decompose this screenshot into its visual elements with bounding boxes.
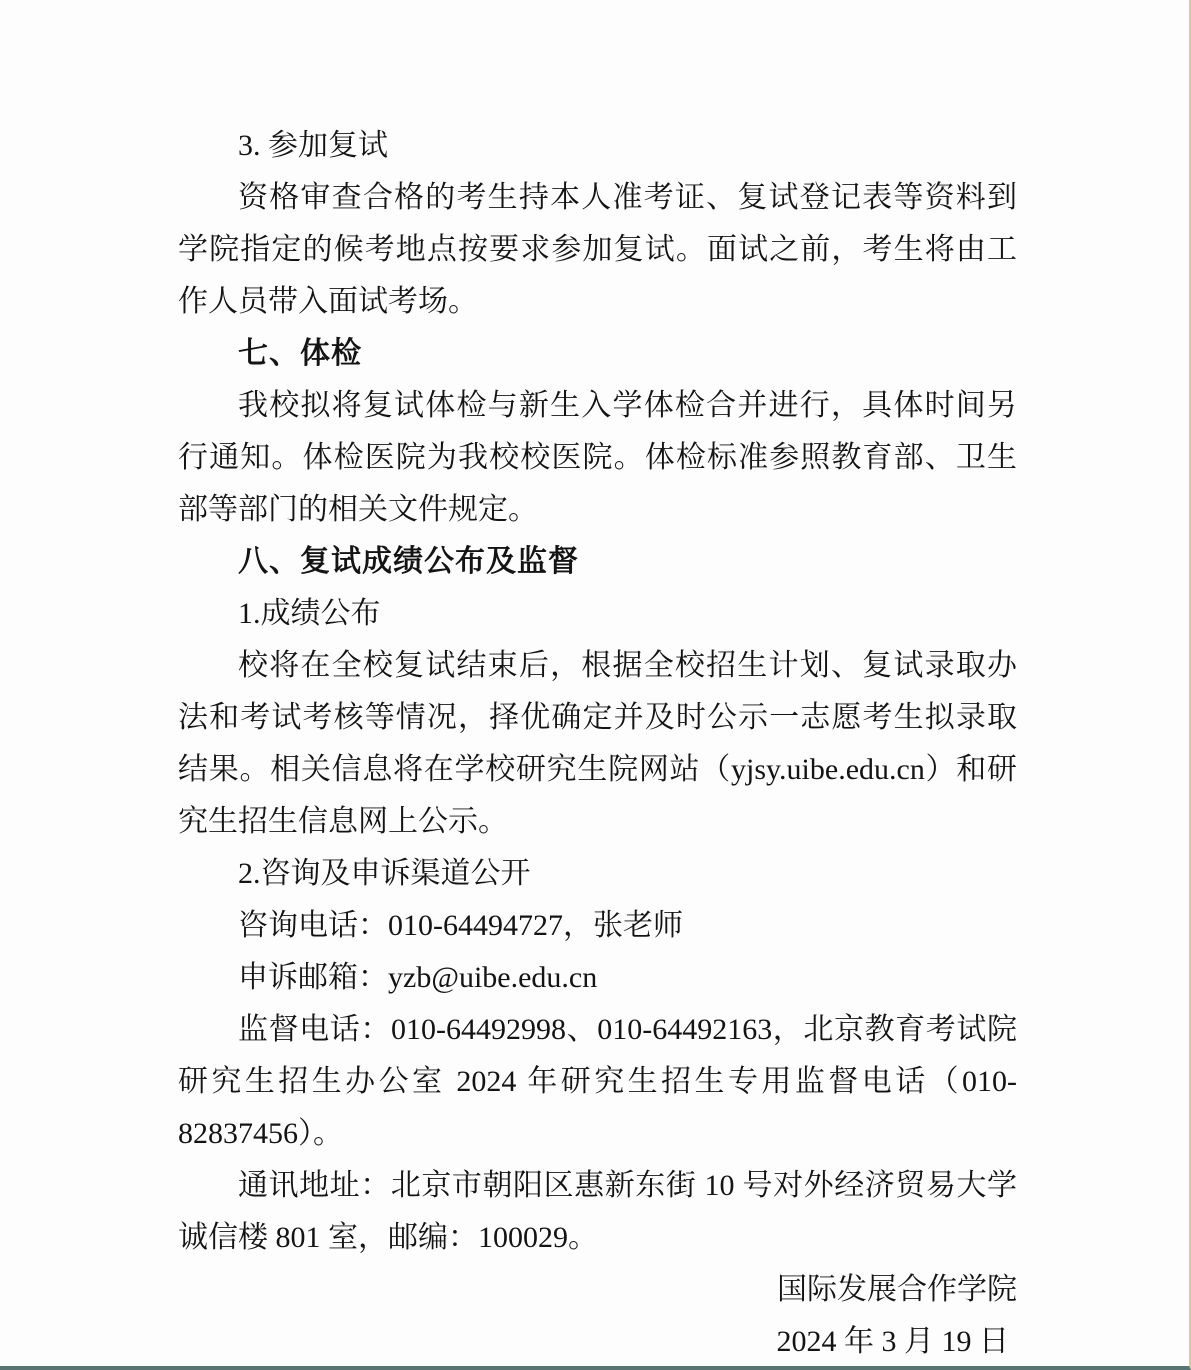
item-2-heading: 2.咨询及申诉渠道公开	[178, 848, 1017, 900]
paragraph-physical-exam: 我校拟将复试体检与新生入学体检合并进行，具体时间另行通知。体检医院为我校校医院。…	[178, 380, 1017, 536]
paragraph-score-announcement: 校将在全校复试结束后，根据全校招生计划、复试录取办法和考试考核等情况，择优确定并…	[178, 640, 1017, 848]
signature-date: 2024 年 3 月 19 日	[178, 1316, 1017, 1368]
document-page: 3. 参加复试 资格审查合格的考生持本人准考证、复试登记表等资料到学院指定的候考…	[0, 0, 1191, 1370]
paragraph-mailing-address: 通讯地址：北京市朝阳区惠新东街 10 号对外经济贸易大学诚信楼 801 室，邮编…	[178, 1160, 1017, 1264]
paragraph-retest-procedure: 资格审查合格的考生持本人准考证、复试登记表等资料到学院指定的候考地点按要求参加复…	[178, 172, 1017, 328]
signature-school-name: 国际发展合作学院	[178, 1264, 1017, 1316]
item-1-heading: 1.成绩公布	[178, 588, 1017, 640]
heading-section-7: 七、体检	[178, 328, 1017, 380]
line-consult-phone: 咨询电话：010-64494727，张老师	[178, 900, 1017, 952]
item-3-heading: 3. 参加复试	[178, 120, 1017, 172]
heading-section-8: 八、复试成绩公布及监督	[178, 536, 1017, 588]
document-body: 3. 参加复试 资格审查合格的考生持本人准考证、复试登记表等资料到学院指定的候考…	[0, 0, 1189, 1368]
paragraph-supervision-phone: 监督电话：010-64492998、010-64492163，北京教育考试院研究…	[178, 1004, 1017, 1160]
line-appeal-email: 申诉邮箱：yzb@uibe.edu.cn	[178, 952, 1017, 1004]
